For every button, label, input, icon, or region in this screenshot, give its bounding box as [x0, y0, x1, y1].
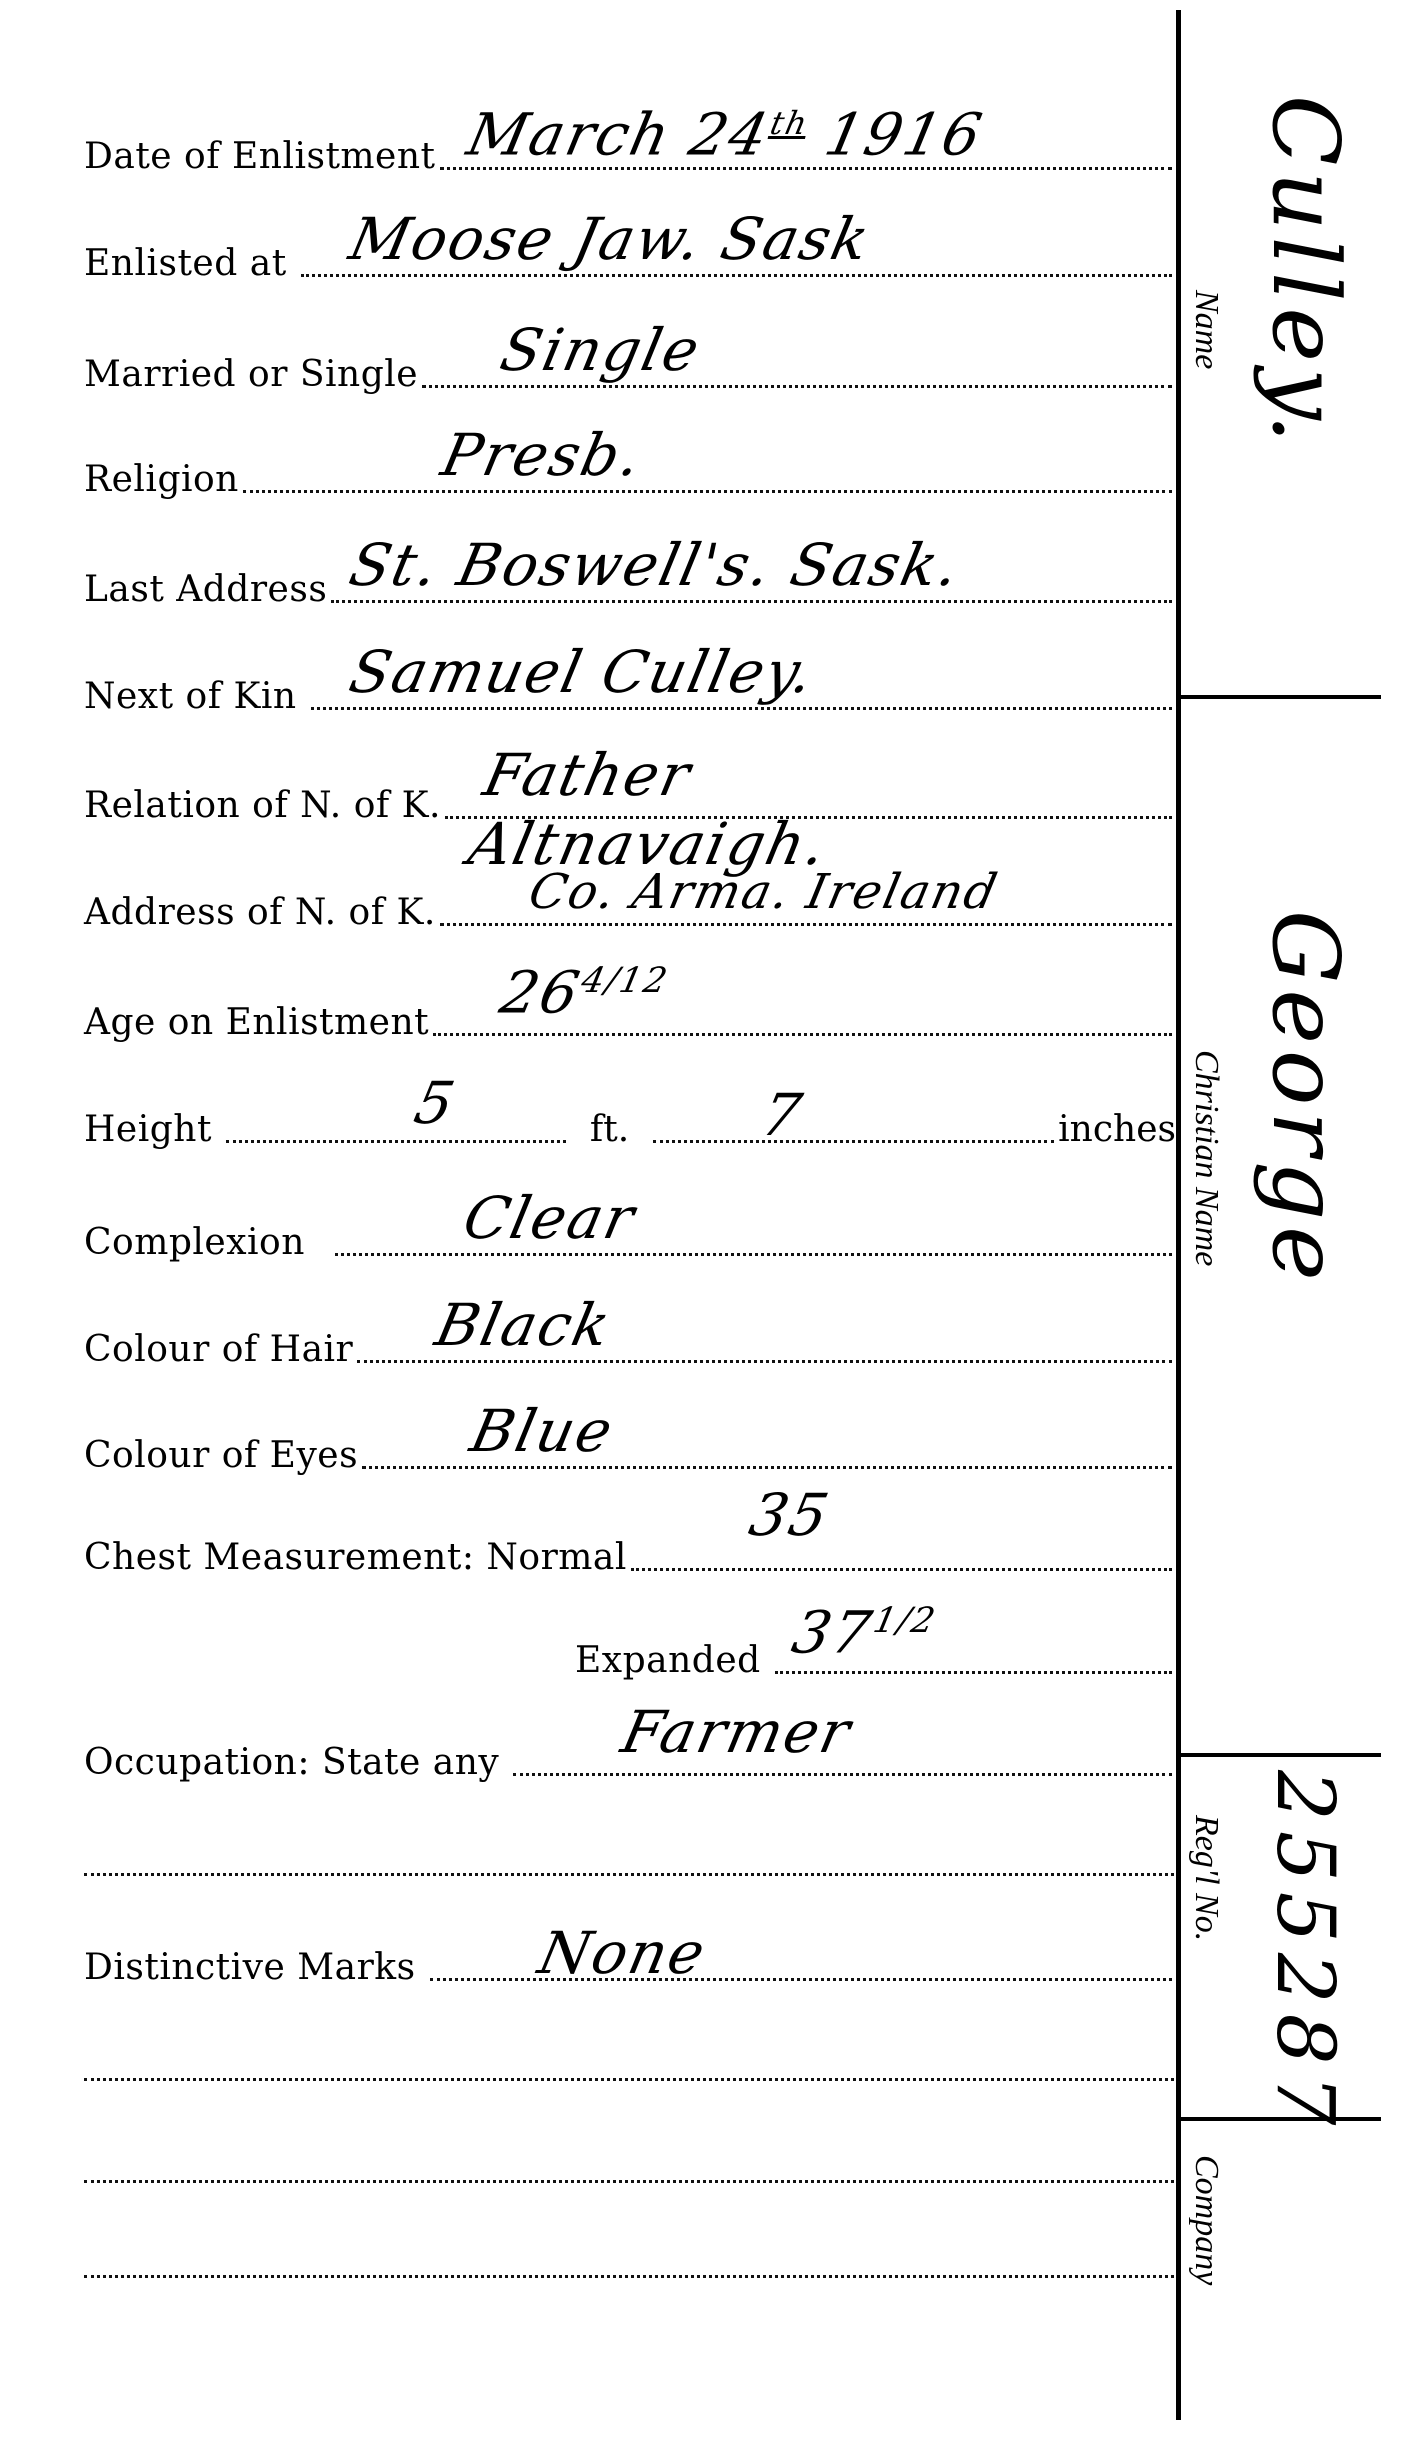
dotted-line: Blue: [362, 1466, 1172, 1469]
value-height-inches: 7: [757, 1084, 809, 1146]
field-height: Height 5 ft. 7 inches: [84, 1090, 1176, 1150]
value-height-feet: 5: [409, 1072, 461, 1134]
label-chest-expanded: Expanded: [575, 1641, 761, 1681]
column-divider: [1176, 10, 1181, 2420]
label-regt-no: Reg'l No.: [1184, 1815, 1228, 1941]
value-enlisted-at: Moose Jaw. Sask: [344, 208, 876, 270]
dotted-line: Presb.: [243, 490, 1172, 493]
field-complexion: Complexion Clear: [84, 1203, 1176, 1263]
label-name: Name: [1184, 290, 1228, 369]
field-next-of-kin: Next of Kin Samuel Culley.: [84, 657, 1176, 717]
blank-line-marks-3: [84, 2275, 1174, 2278]
dotted-line: 264/12: [433, 1033, 1172, 1036]
field-age-on-enlistment: Age on Enlistment 264/12: [84, 983, 1176, 1043]
blank-line-marks-1: [84, 2078, 1174, 2081]
label-colour-of-hair: Colour of Hair: [84, 1330, 353, 1370]
field-religion: Religion Presb.: [84, 440, 1176, 500]
value-chest-normal: 35: [744, 1484, 835, 1546]
field-enlisted-at: Enlisted at Moose Jaw. Sask: [84, 224, 1176, 284]
field-colour-of-hair: Colour of Hair Black: [84, 1310, 1176, 1370]
dotted-line: Moose Jaw. Sask: [301, 274, 1172, 277]
label-feet-unit: ft.: [590, 1110, 629, 1150]
label-distinctive-marks: Distinctive Marks: [84, 1948, 416, 1988]
label-complexion: Complexion: [84, 1223, 305, 1263]
dotted-line: Black: [357, 1360, 1172, 1363]
value-married-or-single: Single: [496, 319, 707, 381]
field-distinctive-marks: Distinctive Marks None: [84, 1928, 1176, 1988]
dotted-line: March 24th 1916: [440, 167, 1172, 170]
value-chest-expanded: 371/2: [787, 1590, 942, 1663]
value-age-on-enlistment: 264/12: [495, 950, 675, 1023]
label-occupation: Occupation: State any: [84, 1743, 499, 1783]
value-complexion: Clear: [458, 1187, 641, 1249]
dotted-line: Clear: [335, 1253, 1172, 1256]
blank-line-occupation-continued: [84, 1873, 1174, 1876]
divider-christian-name: [1181, 1753, 1381, 1757]
field-married-or-single: Married or Single Single: [84, 335, 1176, 395]
value-address-of-next-of-kin: Co. Arma. Ireland: [523, 861, 1004, 923]
label-chest-normal: Chest Measurement: Normal: [84, 1538, 627, 1578]
field-chest-normal: Chest Measurement: Normal 35: [84, 1518, 1176, 1578]
dotted-line: St. Boswell's. Sask.: [331, 600, 1172, 603]
label-company: Company: [1184, 2155, 1228, 2285]
value-regt-no: 255287: [1250, 1770, 1360, 2135]
field-occupation: Occupation: State any Farmer: [84, 1723, 1176, 1783]
field-address-of-next-of-kin: Address of N. of K. Altnavaigh. Co. Arma…: [84, 873, 1176, 933]
label-age-on-enlistment: Age on Enlistment: [84, 1003, 429, 1043]
value-occupation: Farmer: [617, 1701, 858, 1763]
label-colour-of-eyes: Colour of Eyes: [84, 1436, 358, 1476]
divider-name: [1181, 695, 1381, 699]
value-name: Culley.: [1250, 95, 1360, 449]
dotted-line: Altnavaigh. Co. Arma. Ireland: [440, 923, 1172, 926]
field-chest-expanded: Expanded 371/2: [575, 1621, 1176, 1681]
value-last-address: St. Boswell's. Sask.: [345, 534, 967, 596]
value-religion: Presb.: [436, 424, 648, 486]
blank-line-marks-2: [84, 2180, 1174, 2183]
dotted-line: 7: [653, 1140, 1054, 1143]
dotted-line: Single: [422, 385, 1172, 388]
dotted-line: Samuel Culley.: [311, 707, 1172, 710]
value-distinctive-marks: None: [533, 1922, 712, 1984]
value-colour-of-hair: Black: [431, 1294, 618, 1356]
value-next-of-kin: Samuel Culley.: [344, 641, 820, 703]
dotted-line: 35: [631, 1568, 1172, 1571]
value-date-of-enlistment: March 24th 1916: [462, 92, 991, 165]
dotted-line: None: [430, 1978, 1172, 1981]
label-inches-unit: inches: [1058, 1110, 1176, 1150]
label-enlisted-at: Enlisted at: [84, 244, 287, 284]
label-relation-of-next-of-kin: Relation of N. of K.: [84, 786, 441, 826]
dotted-line: Farmer: [513, 1773, 1172, 1776]
dotted-line: 371/2: [775, 1671, 1172, 1674]
field-date-of-enlistment: Date of Enlistment March 24th 1916: [84, 117, 1176, 177]
label-christian-name: Christian Name: [1184, 1050, 1228, 1266]
label-height: Height: [84, 1110, 212, 1150]
label-address-of-next-of-kin: Address of N. of K.: [84, 893, 436, 933]
label-religion: Religion: [84, 460, 239, 500]
value-christian-name: George: [1250, 910, 1360, 1287]
label-date-of-enlistment: Date of Enlistment: [84, 137, 436, 177]
field-colour-of-eyes: Colour of Eyes Blue: [84, 1416, 1176, 1476]
value-colour-of-eyes: Blue: [466, 1400, 620, 1462]
dotted-line: 5: [226, 1140, 566, 1143]
value-relation-of-next-of-kin: Father: [478, 744, 697, 806]
field-last-address: Last Address St. Boswell's. Sask.: [84, 550, 1176, 610]
label-married-or-single: Married or Single: [84, 355, 418, 395]
label-last-address: Last Address: [84, 570, 327, 610]
label-next-of-kin: Next of Kin: [84, 677, 297, 717]
